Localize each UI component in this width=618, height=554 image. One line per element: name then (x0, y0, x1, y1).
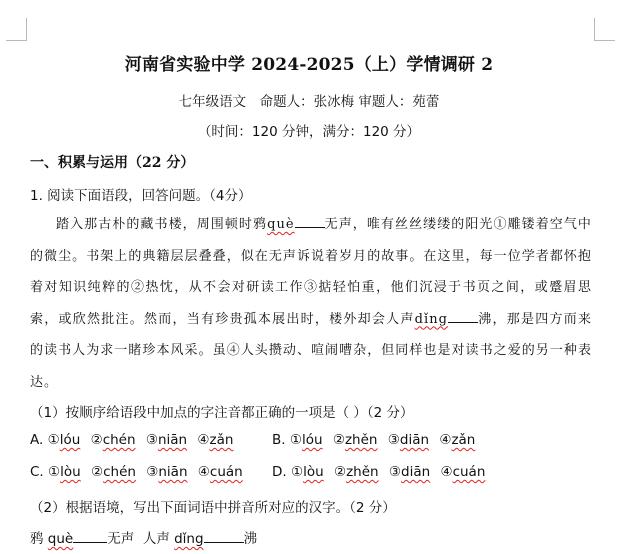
passage-text: 踏入那古朴的藏书楼，周围顿时鸦 (56, 217, 267, 232)
pinyin: cuán (453, 464, 486, 480)
circled-number: ④ (198, 464, 210, 480)
pinyin: zhěn (345, 432, 378, 448)
option-label: C. (30, 464, 44, 480)
fill-text: 沸 (244, 531, 258, 547)
pinyin: lòu (303, 464, 324, 480)
circled-number: ① (48, 464, 60, 480)
circled-number: ③ (146, 464, 158, 480)
option-d[interactable]: D. ①lòu ②zhěn ③diān ④cuán (272, 464, 491, 480)
pinyin-que: què (48, 531, 73, 547)
pinyin: lòu (60, 464, 81, 480)
pinyin: lóu (60, 432, 81, 448)
circled-number: ④ (439, 432, 451, 448)
pinyin: diān (400, 432, 429, 448)
pinyin: niān (158, 432, 187, 448)
question-1-prompt: 1. 阅读下面语段，回答问题。（4分） (30, 184, 252, 204)
section-heading: 一、积累与运用（22 分） (30, 152, 194, 172)
option-c[interactable]: C. ①lòu ②chén ③niān ④cuán (30, 464, 249, 480)
reading-passage: 踏入那古朴的藏书楼，周围顿时鸦què无声，唯有丝丝缕缕的阳光①雕镂着空气中的微尘… (30, 209, 592, 398)
pinyin: zhěn (346, 464, 379, 480)
pinyin: cuán (210, 464, 243, 480)
document-title: 河南省实验中学 2024-2025（上）学情调研 2 (0, 50, 618, 75)
fill-text: 无声 (107, 531, 134, 547)
circled-number: ③ (389, 464, 401, 480)
page-corner-mark-right (594, 18, 615, 41)
circled-number: ③ (146, 432, 158, 448)
circled-number: ③ (388, 432, 400, 448)
fill-in-line: 鸦 què无声 人声 dǐng沸 (30, 527, 257, 547)
page-corner-mark-left (6, 18, 27, 41)
pinyin: zǎn (209, 432, 233, 448)
circled-number: ① (291, 464, 303, 480)
document-subtitle: 七年级语文 命题人：张冰梅 审题人：苑蕾 (0, 90, 618, 110)
option-label: B. (272, 432, 286, 448)
option-label: D. (272, 464, 287, 480)
answer-blank-2[interactable] (448, 311, 478, 323)
pinyin: chén (103, 464, 136, 480)
option-label: A. (30, 432, 43, 448)
option-b[interactable]: B. ①lóu ②zhěn ③diān ④zǎn (272, 432, 481, 448)
fill-text: 人声 (134, 531, 174, 547)
fill-blank-2[interactable] (204, 531, 244, 543)
circled-number: ② (91, 464, 103, 480)
circled-number: ① (48, 432, 60, 448)
fill-blank-1[interactable] (73, 531, 107, 543)
fill-text: 鸦 (30, 531, 48, 547)
pinyin: diān (401, 464, 430, 480)
circled-number: ① (290, 432, 302, 448)
pinyin: chén (103, 432, 136, 448)
pinyin: lóu (302, 432, 323, 448)
pinyin: niān (158, 464, 187, 480)
sub-question-1-prompt: （1）按顺序给语段中加点的字注音都正确的一项是（ ）（2 分） (30, 401, 414, 421)
circled-number: ② (333, 432, 345, 448)
circled-number: ④ (197, 432, 209, 448)
pinyin-ding: dǐng (174, 531, 203, 547)
option-a[interactable]: A. ①lóu ②chén ③niān ④zǎn (30, 432, 239, 448)
circled-number: ④ (440, 464, 452, 480)
passage-text: 无声，唯有丝丝缕缕的阳光①雕镂着空气中的微尘。书架上的典籍层层叠叠，似在无声诉说… (30, 217, 592, 327)
circled-number: ② (91, 432, 103, 448)
sub-question-2-prompt: （2）根据语境，写出下面词语中拼音所对应的汉字。（2 分） (30, 496, 396, 516)
circled-number: ② (334, 464, 346, 480)
exam-time-info: （时间：120 分钟，满分：120 分） (0, 120, 618, 140)
pinyin-ding: dǐng (415, 312, 448, 327)
answer-blank-1[interactable] (295, 216, 325, 228)
pinyin-que: què (267, 217, 295, 232)
pinyin: zǎn (451, 432, 475, 448)
